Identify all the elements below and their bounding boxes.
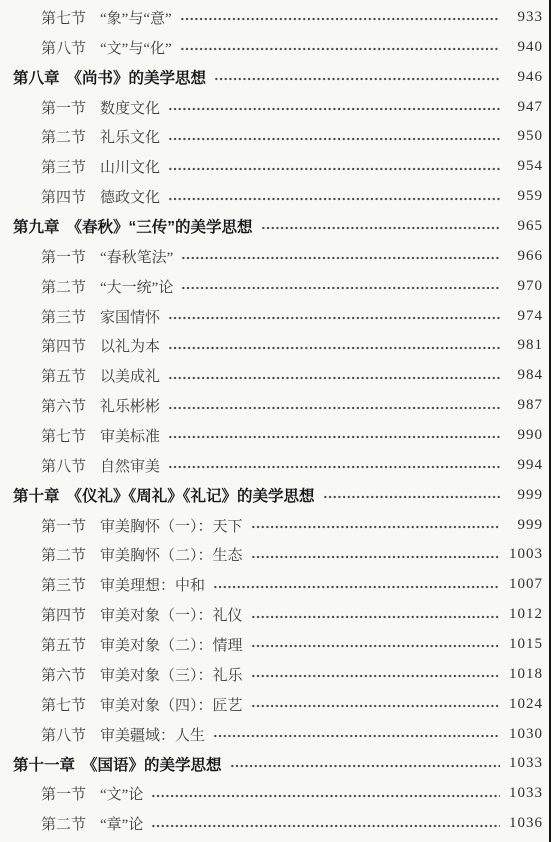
- toc-entry-section: 第三节 家国情怀 974: [0, 301, 543, 331]
- entry-number-label: 第五节: [41, 634, 86, 655]
- entry-page-number: 940: [509, 39, 543, 56]
- toc-entry-section: 第二节 “章”论 1036: [0, 809, 543, 839]
- dot-leader: [168, 316, 500, 320]
- entry-title: “春秋笔法”: [100, 246, 173, 267]
- entry-title: 审美疆域：人生: [100, 724, 205, 745]
- toc-entry-section: 第七节 审美标准 990: [0, 421, 543, 451]
- entry-title: “大一统”论: [100, 276, 173, 297]
- entry-page-number: 1003: [509, 546, 543, 563]
- toc-entry-section: 第八节 自然审美 994: [0, 450, 543, 480]
- entry-title: 审美标准: [100, 425, 160, 446]
- entry-number-label: 第七节: [41, 425, 86, 446]
- toc-entry-section: 第六节 礼乐彬彬 987: [0, 391, 543, 421]
- dot-leader: [213, 734, 500, 738]
- entry-title: 自然审美: [100, 455, 160, 476]
- dot-leader: [168, 167, 500, 171]
- entry-page-number: 1012: [509, 606, 543, 623]
- dot-leader: [251, 525, 500, 529]
- dot-leader: [251, 644, 500, 648]
- toc-entry-section: 第四节 以礼为本 981: [0, 331, 543, 361]
- toc-entry-chapter: 第九章 《春秋》“三传”的美学思想 965: [0, 212, 543, 242]
- toc-entry-section: 第四节 审美对象（一）：礼仪 1012: [0, 600, 543, 630]
- entry-page-number: 1033: [509, 755, 543, 772]
- entry-page-number: 1036: [509, 815, 543, 832]
- entry-page-number: 970: [509, 278, 543, 295]
- entry-page-number: 981: [509, 337, 543, 354]
- dot-leader: [251, 555, 500, 559]
- dot-leader: [251, 674, 500, 678]
- entry-number-label: 第十一章: [13, 753, 75, 775]
- entry-page-number: 947: [509, 99, 543, 116]
- entry-title: 《春秋》“三传”的美学思想: [67, 215, 253, 237]
- dot-leader: [261, 226, 500, 230]
- toc-entry-chapter: 第八章 《尚书》的美学思想 946: [0, 62, 543, 92]
- entry-number-label: 第十章: [13, 484, 60, 506]
- entry-page-number: 990: [509, 427, 543, 444]
- entry-title: 以美成礼: [100, 365, 160, 386]
- dot-leader: [180, 47, 500, 51]
- entry-number-label: 第七节: [41, 7, 86, 28]
- entry-title: 审美对象（一）：礼仪: [100, 604, 243, 625]
- entry-page-number: 966: [509, 248, 543, 265]
- dot-leader: [168, 107, 500, 111]
- entry-number-label: 第二节: [41, 126, 86, 147]
- dot-leader: [251, 615, 500, 619]
- dot-leader: [251, 704, 500, 708]
- entry-title: 德政文化: [100, 186, 160, 207]
- toc-entry-section: 第五节 审美对象（二）：情理 1015: [0, 630, 543, 660]
- entry-number-label: 第六节: [41, 395, 86, 416]
- entry-title: 审美理想：中和: [100, 574, 205, 595]
- toc-entry-section: 第七节 “象”与“意” 933: [0, 3, 543, 33]
- toc-entry-section: 第二节 审美胸怀（二）：生态 1003: [0, 540, 543, 570]
- dot-leader: [168, 376, 500, 380]
- entry-title: “象”与“意”: [100, 7, 172, 28]
- entry-title: 《国语》的美学思想: [82, 753, 222, 775]
- toc-entry-chapter: 第十一章 《国语》的美学思想 1033: [0, 749, 543, 779]
- entry-page-number: 965: [509, 218, 543, 235]
- entry-page-number: 946: [509, 69, 543, 86]
- entry-number-label: 第一节: [41, 783, 86, 804]
- entry-number-label: 第六节: [41, 664, 86, 685]
- entry-page-number: 999: [509, 517, 543, 534]
- entry-page-number: 1007: [509, 576, 543, 593]
- entry-number-label: 第四节: [41, 335, 86, 356]
- table-of-contents: 第七节 “象”与“意” 933 第八节 “文”与“化” 940 第八章 《尚书》…: [0, 3, 543, 839]
- entry-page-number: 933: [509, 9, 543, 26]
- entry-title: “文”与“化”: [100, 37, 172, 58]
- entry-number-label: 第一节: [41, 97, 86, 118]
- entry-title: 审美胸怀（二）：生态: [100, 544, 243, 565]
- entry-page-number: 950: [509, 128, 543, 145]
- entry-page-number: 954: [509, 158, 543, 175]
- entry-title: 礼乐彬彬: [100, 395, 160, 416]
- toc-entry-section: 第四节 德政文化 959: [0, 182, 543, 212]
- entry-title: 山川文化: [100, 156, 160, 177]
- entry-number-label: 第五节: [41, 365, 86, 386]
- entry-number-label: 第九章: [13, 215, 60, 237]
- toc-entry-section: 第六节 审美对象（三）：礼乐 1018: [0, 659, 543, 689]
- entry-number-label: 第三节: [41, 156, 86, 177]
- entry-number-label: 第二节: [41, 544, 86, 565]
- entry-page-number: 1033: [509, 785, 543, 802]
- entry-page-number: 1024: [509, 696, 543, 713]
- dot-leader: [168, 346, 500, 350]
- dot-leader: [181, 286, 500, 290]
- entry-title: “章”论: [100, 813, 143, 834]
- dot-leader: [168, 465, 500, 469]
- entry-page-number: 974: [509, 308, 543, 325]
- dot-leader: [151, 824, 500, 828]
- book-page: 第七节 “象”与“意” 933 第八节 “文”与“化” 940 第八章 《尚书》…: [0, 0, 549, 842]
- entry-page-number: 994: [509, 457, 543, 474]
- dot-leader: [168, 406, 500, 410]
- toc-entry-section: 第五节 以美成礼 984: [0, 361, 543, 391]
- entry-page-number: 1018: [509, 666, 543, 683]
- entry-number-label: 第四节: [41, 604, 86, 625]
- toc-entry-section: 第二节 礼乐文化 950: [0, 122, 543, 152]
- toc-entry-section: 第八节 审美疆域：人生 1030: [0, 719, 543, 749]
- entry-title: 以礼为本: [100, 335, 160, 356]
- entry-number-label: 第三节: [41, 574, 86, 595]
- entry-number-label: 第一节: [41, 246, 86, 267]
- dot-leader: [181, 256, 500, 260]
- entry-title: “文”论: [100, 783, 143, 804]
- dot-leader: [213, 585, 500, 589]
- entry-number-label: 第八节: [41, 455, 86, 476]
- toc-entry-section: 第三节 审美理想：中和 1007: [0, 570, 543, 600]
- dot-leader: [180, 17, 500, 21]
- entry-title: 审美胸怀（一）：天下: [100, 515, 243, 536]
- entry-title: 审美对象（四）：匠艺: [100, 694, 243, 715]
- entry-title: 《尚书》的美学思想: [67, 66, 207, 88]
- dot-leader: [151, 794, 500, 798]
- dot-leader: [168, 197, 500, 201]
- entry-page-number: 1015: [509, 636, 543, 653]
- entry-number-label: 第一节: [41, 515, 86, 536]
- entry-page-number: 984: [509, 367, 543, 384]
- dot-leader: [323, 495, 500, 499]
- entry-title: 数度文化: [100, 97, 160, 118]
- page-edge-line: [549, 0, 551, 842]
- entry-number-label: 第八章: [13, 66, 60, 88]
- entry-number-label: 第四节: [41, 186, 86, 207]
- entry-title: 礼乐文化: [100, 126, 160, 147]
- entry-page-number: 959: [509, 188, 543, 205]
- toc-entry-section: 第三节 山川文化 954: [0, 152, 543, 182]
- toc-entry-section: 第七节 审美对象（四）：匠艺 1024: [0, 689, 543, 719]
- entry-number-label: 第二节: [41, 813, 86, 834]
- entry-title: 《仪礼》《周礼》《礼记》的美学思想: [67, 484, 315, 506]
- toc-entry-section: 第一节 “春秋笔法” 966: [0, 241, 543, 271]
- entry-number-label: 第八节: [41, 724, 86, 745]
- entry-number-label: 第三节: [41, 306, 86, 327]
- toc-entry-section: 第一节 审美胸怀（一）：天下 999: [0, 510, 543, 540]
- toc-entry-section: 第八节 “文”与“化” 940: [0, 32, 543, 62]
- entry-page-number: 987: [509, 397, 543, 414]
- entry-page-number: 999: [509, 487, 543, 504]
- entry-title: 审美对象（二）：情理: [100, 634, 243, 655]
- entry-number-label: 第八节: [41, 37, 86, 58]
- dot-leader: [168, 137, 500, 141]
- entry-title: 家国情怀: [100, 306, 160, 327]
- entry-number-label: 第七节: [41, 694, 86, 715]
- toc-entry-section: 第一节 “文”论 1033: [0, 779, 543, 809]
- entry-title: 审美对象（三）：礼乐: [100, 664, 243, 685]
- dot-leader: [214, 77, 500, 81]
- toc-entry-section: 第二节 “大一统”论 970: [0, 271, 543, 301]
- toc-entry-chapter: 第十章 《仪礼》《周礼》《礼记》的美学思想 999: [0, 480, 543, 510]
- dot-leader: [168, 435, 500, 439]
- toc-entry-section: 第一节 数度文化 947: [0, 92, 543, 122]
- entry-page-number: 1030: [509, 726, 543, 743]
- entry-number-label: 第二节: [41, 276, 86, 297]
- dot-leader: [230, 764, 500, 768]
